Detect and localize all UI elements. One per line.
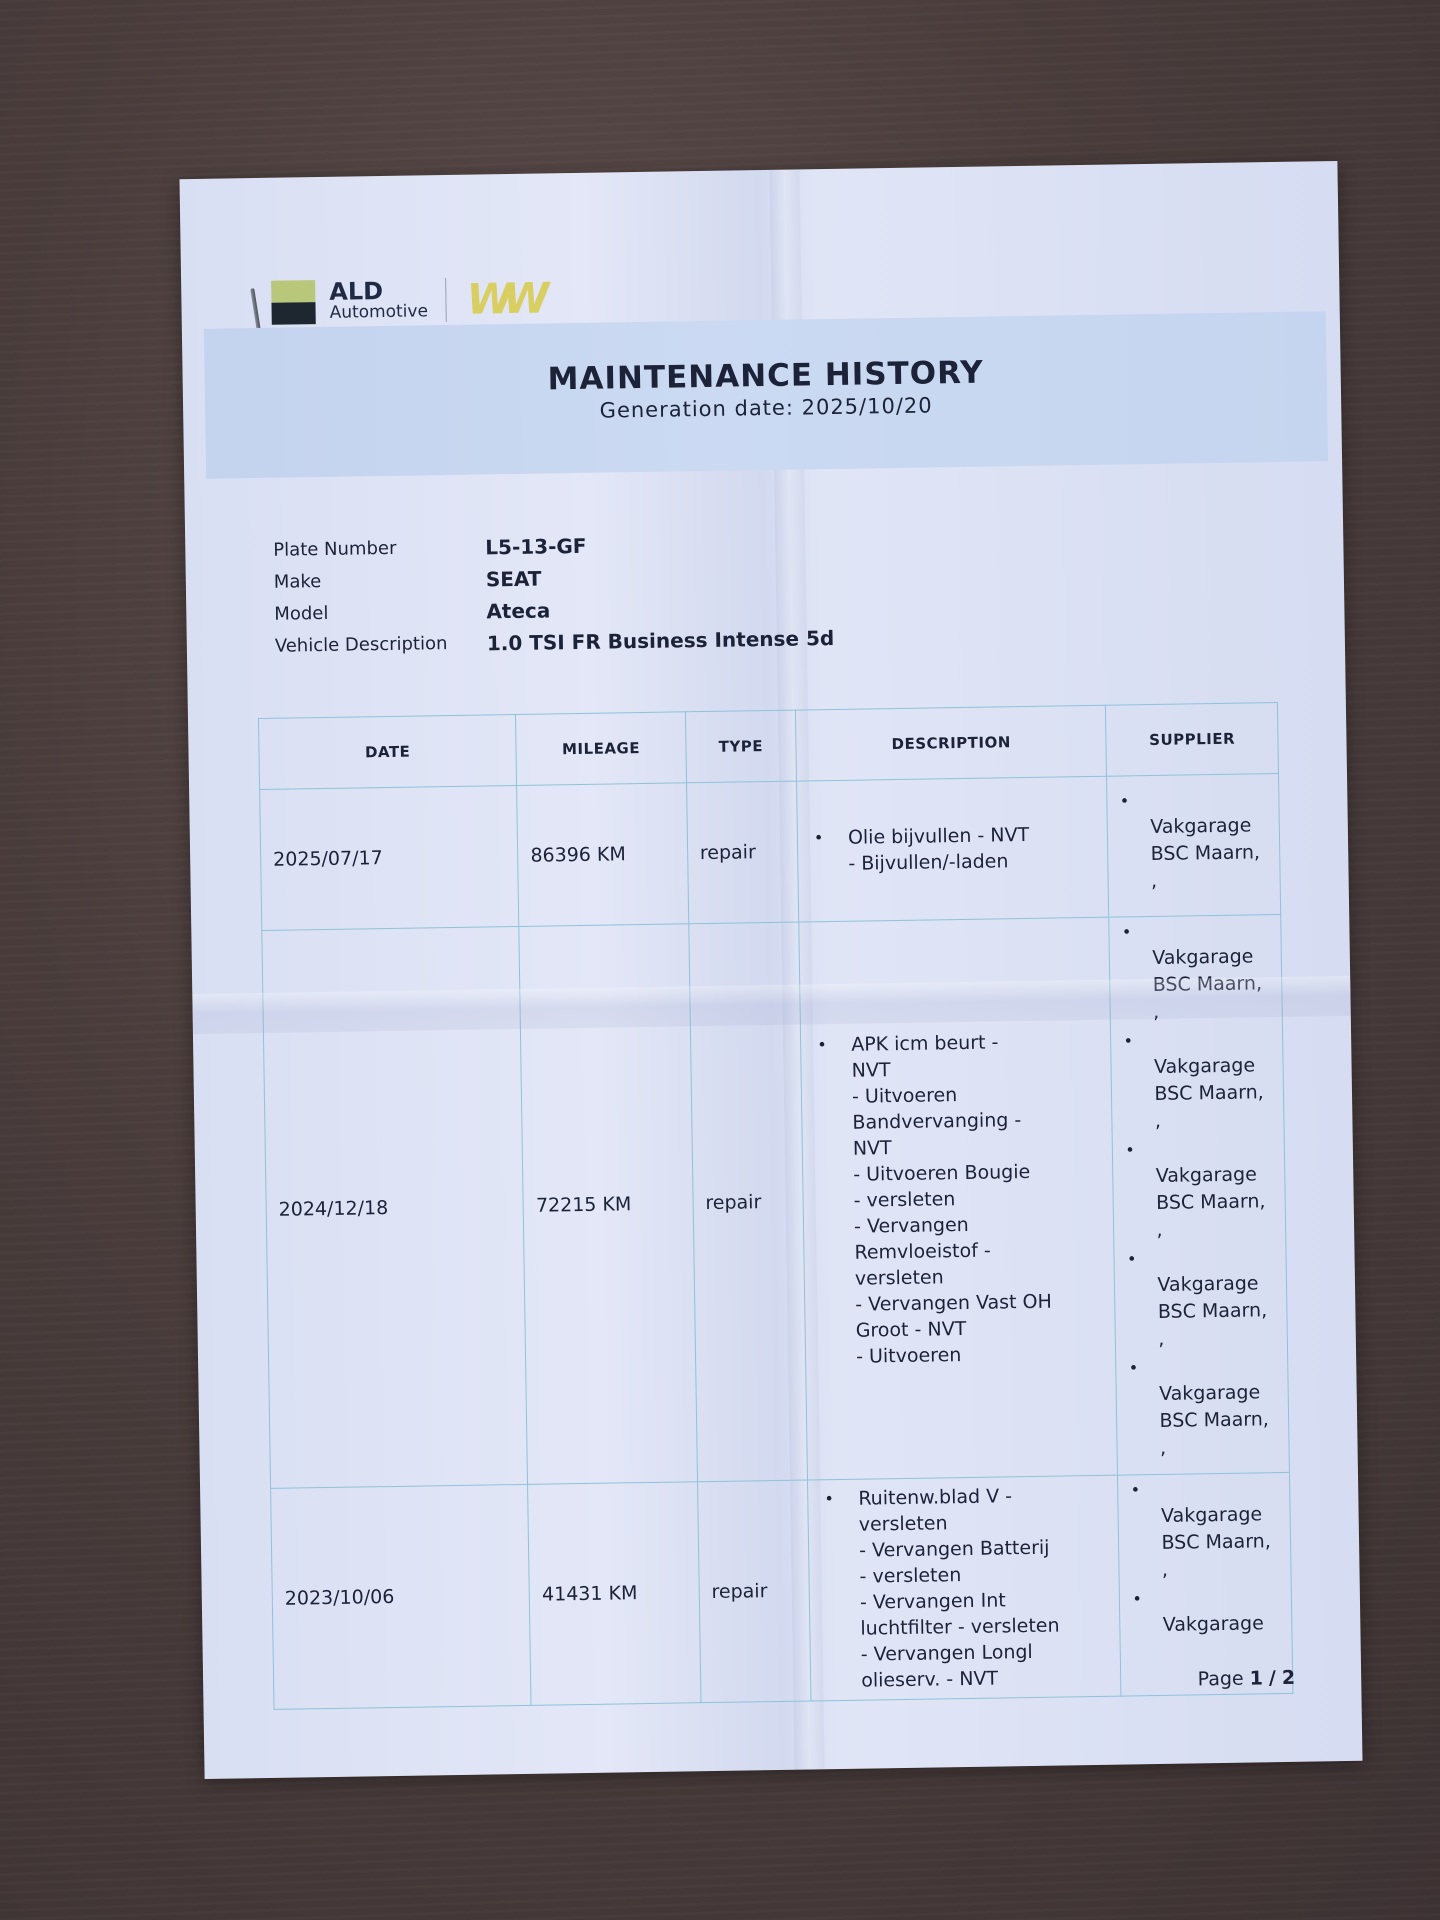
supplier-cell: Vakgarage BSC Maarn, , Vakgarage BSC Maa… bbox=[1109, 914, 1289, 1475]
description-cell: Ruitenw.blad V - versleten - Vervangen B… bbox=[808, 1475, 1122, 1701]
supplier-item: Vakgarage BSC Maarn, , bbox=[1121, 1030, 1273, 1135]
generation-date-value: 2025/10/20 bbox=[801, 393, 932, 419]
supplier-item: Vakgarage bbox=[1130, 1588, 1281, 1639]
vehicle-description-label: Vehicle Description bbox=[275, 630, 487, 659]
header-logos: ALD Automotive WW bbox=[271, 274, 540, 327]
supplier-item: Vakgarage BSC Maarn, , bbox=[1123, 1139, 1275, 1244]
maintenance-history-table: DATE MILEAGE TYPE DESCRIPTION SUPPLIER 2… bbox=[258, 702, 1293, 1710]
mileage-cell: 72215 KM bbox=[519, 924, 697, 1485]
type-cell: repair bbox=[689, 922, 808, 1482]
page-total: 2 bbox=[1282, 1667, 1296, 1689]
date-cell: 2024/12/18 bbox=[262, 926, 528, 1488]
vehicle-description-value: 1.0 TSI FR Business Intense 5d bbox=[487, 625, 835, 656]
supplier-cell: Vakgarage BSC Maarn, , bbox=[1107, 774, 1281, 918]
date-cell: 2025/07/17 bbox=[260, 785, 519, 930]
table-row: 2024/12/18 72215 KM repair APK icm beurt… bbox=[262, 914, 1290, 1488]
make-value: SEAT bbox=[486, 561, 834, 592]
date-cell: 2023/10/06 bbox=[271, 1484, 532, 1709]
description-item: Olie bijvullen - NVT - Bijvullen/-laden bbox=[808, 821, 1098, 878]
supplier-item: Vakgarage BSC Maarn, , bbox=[1120, 921, 1272, 1026]
ald-logo-text: ALD Automotive bbox=[329, 278, 428, 323]
plate-number-value: L5-13-GF bbox=[485, 529, 833, 560]
column-header-type: TYPE bbox=[685, 710, 796, 783]
column-header-date: DATE bbox=[258, 714, 516, 789]
column-header-mileage: MILEAGE bbox=[516, 712, 687, 786]
type-cell: repair bbox=[686, 781, 798, 924]
supplier-item: Vakgarage BSC Maarn, , bbox=[1129, 1479, 1281, 1584]
page-label: Page bbox=[1197, 1668, 1243, 1691]
mileage-cell: 86396 KM bbox=[517, 783, 689, 927]
logo-divider bbox=[445, 278, 447, 322]
ww-logo-icon: WW bbox=[466, 274, 539, 324]
ald-logo-line2: Automotive bbox=[330, 303, 429, 322]
ald-logo-mark-icon bbox=[271, 280, 316, 325]
supplier-cell: Vakgarage BSC Maarn, , Vakgarage bbox=[1118, 1472, 1293, 1696]
mileage-cell: 41431 KM bbox=[528, 1482, 701, 1706]
model-label: Model bbox=[274, 598, 486, 627]
supplier-item: Vakgarage BSC Maarn, , bbox=[1125, 1248, 1277, 1353]
supplier-item: Vakgarage BSC Maarn, , bbox=[1127, 1357, 1279, 1462]
page-current: 1 bbox=[1250, 1667, 1264, 1689]
table-row: 2025/07/17 86396 KM repair Olie bijvulle… bbox=[260, 774, 1281, 931]
plate-number-label: Plate Number bbox=[273, 534, 485, 563]
table-row: 2023/10/06 41431 KM repair Ruitenw.blad … bbox=[271, 1472, 1293, 1709]
column-header-supplier: SUPPLIER bbox=[1106, 703, 1279, 777]
description-cell: Olie bijvullen - NVT - Bijvullen/-laden bbox=[797, 776, 1110, 922]
page-indicator: Page 1 / 2 bbox=[1197, 1667, 1295, 1691]
type-cell: repair bbox=[697, 1480, 811, 1703]
column-header-description: DESCRIPTION bbox=[795, 705, 1106, 781]
make-label: Make bbox=[274, 566, 486, 595]
description-item: Ruitenw.blad V - versleten - Vervangen B… bbox=[818, 1482, 1111, 1695]
page-separator: / bbox=[1269, 1667, 1276, 1689]
maintenance-history-document: ALD Automotive WW MAINTENANCE HISTORY Ge… bbox=[180, 161, 1363, 1779]
supplier-item: Vakgarage BSC Maarn, , bbox=[1118, 790, 1270, 895]
description-cell: APK icm beurt - NVT - Uitvoeren Bandverv… bbox=[799, 917, 1118, 1480]
vehicle-info: Plate Number L5-13-GF Make SEAT Model At… bbox=[273, 529, 834, 660]
title-band: MAINTENANCE HISTORY Generation date: 202… bbox=[204, 311, 1328, 479]
description-item: APK icm beurt - NVT - Uitvoeren Bandverv… bbox=[811, 1027, 1106, 1370]
model-value: Ateca bbox=[486, 593, 834, 624]
generation-date-label: Generation date: bbox=[600, 396, 795, 423]
